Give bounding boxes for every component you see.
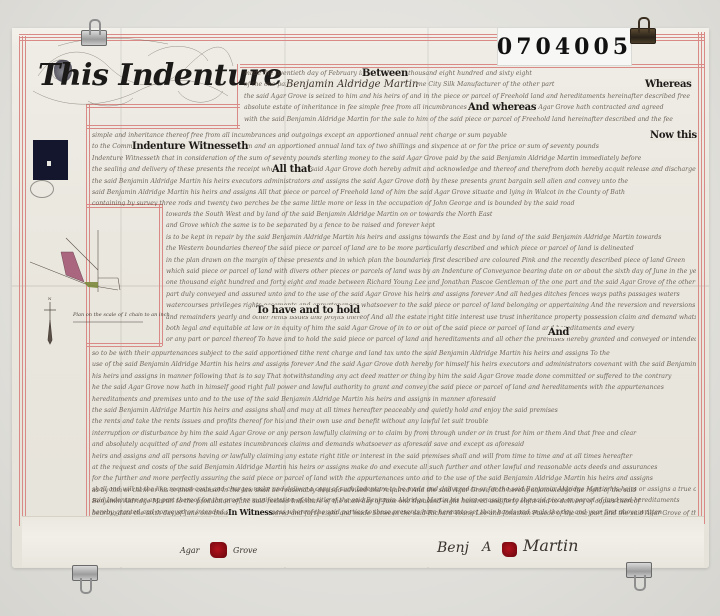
heading-and-whereas: And whereas xyxy=(468,102,536,113)
heading-now-this: Now this xyxy=(650,130,697,141)
party-second-name: Benjamin Aldridge Martin xyxy=(286,79,418,90)
indenture-parcels: towards the South West and by land of th… xyxy=(166,209,696,345)
heading-and: And xyxy=(548,327,569,338)
land-plan-diagram: N xyxy=(28,230,153,350)
signature-benj: Benj xyxy=(437,540,469,556)
heading-to-have-and-to-hold: To have and to hold xyxy=(256,305,360,316)
indenture-testimonium: shall and will at the like request costs… xyxy=(92,484,696,520)
binder-clip-icon xyxy=(72,565,98,581)
binder-clip-icon xyxy=(81,30,107,46)
heading-indenture-witnesseth: Indenture Witnesseth xyxy=(132,141,248,152)
wax-seal xyxy=(502,542,517,557)
heading-all-that: All that xyxy=(272,164,311,175)
indenture-preamble: made the twentieth day of February in th… xyxy=(244,68,696,130)
wax-seal xyxy=(210,542,227,558)
sealing-flap xyxy=(22,516,704,567)
heading-whereas: Whereas xyxy=(645,79,692,90)
signature-initial: A xyxy=(482,540,491,555)
signature-grove: Grove xyxy=(233,546,257,555)
catalog-number-label: 0704005 xyxy=(497,27,632,66)
signature-martin: Martin xyxy=(523,536,578,555)
binder-clip-icon xyxy=(630,28,656,44)
binder-clip-icon xyxy=(626,562,652,578)
north-arrow-label: N xyxy=(48,296,52,301)
heading-between: Between xyxy=(362,68,408,79)
embossed-seal-icon xyxy=(30,180,54,198)
plan-caption: Plan on the scale of 1 chain to an inch xyxy=(73,312,170,318)
revenue-stamp xyxy=(33,140,68,180)
heading-in-witness: In Witness xyxy=(228,507,273,517)
signature-agar: Agar xyxy=(180,546,200,555)
